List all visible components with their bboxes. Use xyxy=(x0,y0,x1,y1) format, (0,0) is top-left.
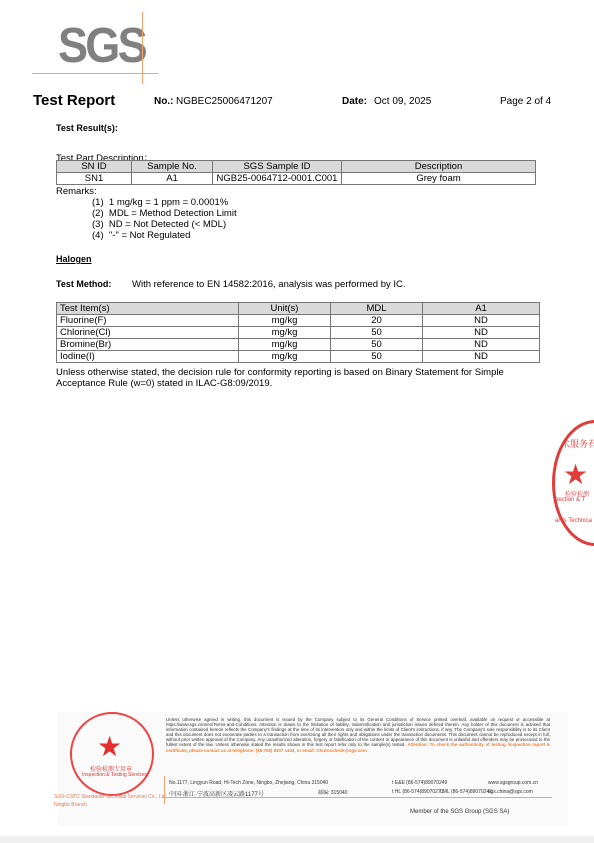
cell: Fluorine(F) xyxy=(57,315,239,327)
col-header: Sample No. xyxy=(132,161,213,173)
col-header: SGS Sample ID xyxy=(213,161,342,173)
remark-text: ND = Not Detected (< MDL) xyxy=(109,219,226,230)
phone-1: t E&E (86-574)89070249 xyxy=(392,780,447,786)
cell: 50 xyxy=(331,351,423,363)
cell: mg/kg xyxy=(239,339,331,351)
cell: Grey foam xyxy=(342,173,536,185)
table-header-row: SN ID Sample No. SGS Sample ID Descripti… xyxy=(57,161,536,173)
star-icon: ★ xyxy=(97,730,122,763)
cell: A1 xyxy=(132,173,213,185)
table-row: SN1 A1 NGB25-0064712-0001.C001 Grey foam xyxy=(57,173,536,185)
table-row: Chlorine(Cl) mg/kg 50 ND xyxy=(57,327,540,339)
sgs-logo: SGS xyxy=(44,12,154,74)
report-page: SGS Test Report No.: NGBEC25006471207 Da… xyxy=(0,0,594,836)
cell: NGB25-0064712-0001.C001 xyxy=(213,173,342,185)
logo-vertical-line xyxy=(142,12,143,84)
cell: 50 xyxy=(331,327,423,339)
company-seal-left: ★ 检验检测专用章 Inspection & Testing Services xyxy=(70,712,154,796)
phone-2: t HL (86-574)89070271 xyxy=(392,789,444,795)
part-description-table: SN ID Sample No. SGS Sample ID Descripti… xyxy=(56,160,536,185)
logo-text: SGS xyxy=(58,18,145,74)
cell: ND xyxy=(423,327,540,339)
remark-text: "-" = Not Regulated xyxy=(109,230,190,241)
report-no-value: NGBEC25006471207 xyxy=(176,96,273,107)
seal-text: pection & T xyxy=(555,497,585,503)
legal-disclaimer: Unless otherwise agreed in writing, this… xyxy=(166,717,550,753)
report-title: Test Report xyxy=(33,92,115,109)
page-number: Page 2 of 4 xyxy=(500,96,551,107)
footer-vertical-line xyxy=(164,776,165,804)
remark-item: (4) "-" = Not Regulated xyxy=(92,230,190,241)
cell: mg/kg xyxy=(239,315,331,327)
col-header: A1 xyxy=(423,303,540,315)
cell: mg/kg xyxy=(239,351,331,363)
footer-horizontal-line xyxy=(162,797,552,798)
address-en: No.1177, Lingyun Road, Hi-Tech Zone, Nin… xyxy=(169,780,328,786)
member-statement: Member of the SGS Group (SGS SA) xyxy=(410,809,509,815)
cell: 20 xyxy=(331,315,423,327)
test-results-heading: Test Result(s): xyxy=(56,123,118,133)
remark-text: 1 mg/kg = 1 ppm = 0.0001% xyxy=(109,197,228,208)
seal-text: 术服务有 xyxy=(561,437,594,450)
cell: ND xyxy=(423,351,540,363)
remark-num: (3) xyxy=(92,219,104,230)
date-value: Oct 09, 2025 xyxy=(374,96,431,107)
seal-text: Inspection & Testing Services xyxy=(82,772,147,778)
col-header: MDL xyxy=(331,303,423,315)
postcode-cn: 邮编: 315040 xyxy=(318,789,347,796)
cell: Bromine(Br) xyxy=(57,339,239,351)
remark-text: MDL = Method Detection Limit xyxy=(109,208,237,219)
star-icon: ★ xyxy=(563,458,588,491)
company-seal-right: 术服务有 ★ 检验检测 pection & T ards Technica xyxy=(552,420,594,546)
col-header: SN ID xyxy=(57,161,132,173)
cell: mg/kg xyxy=(239,327,331,339)
col-header: Description xyxy=(342,161,536,173)
cell: Iodine(I) xyxy=(57,351,239,363)
table-row: Bromine(Br) mg/kg 50 ND xyxy=(57,339,540,351)
remark-item: (2) MDL = Method Detection Limit xyxy=(92,208,237,219)
remark-num: (1) xyxy=(92,197,104,208)
phone-3: t ML (86-574)89070242 xyxy=(440,789,492,795)
remark-item: (1) 1 mg/kg = 1 ppm = 0.0001% xyxy=(92,197,228,208)
remark-num: (4) xyxy=(92,230,104,241)
cell: 50 xyxy=(331,339,423,351)
table-row: Iodine(I) mg/kg 50 ND xyxy=(57,351,540,363)
cell: Chlorine(Cl) xyxy=(57,327,239,339)
logo-horizontal-line xyxy=(32,73,158,74)
company-branch: Ningbo Branch xyxy=(54,802,87,808)
col-header: Test Item(s) xyxy=(57,303,239,315)
halogen-heading: Halogen xyxy=(56,254,92,264)
seal-text: ards Technica xyxy=(555,518,592,524)
email-link[interactable]: sgs.china@sgs.com xyxy=(488,789,533,795)
test-method-label: Test Method: xyxy=(56,279,111,289)
website-link[interactable]: www.sgsgroup.com.cn xyxy=(488,780,538,786)
table-row: Fluorine(F) mg/kg 20 ND xyxy=(57,315,540,327)
cell: ND xyxy=(423,339,540,351)
table-header-row: Test Item(s) Unit(s) MDL A1 xyxy=(57,303,540,315)
remarks-label: Remarks: xyxy=(56,186,97,197)
company-name-en: SGS-CSTC Standards Technical Services Co… xyxy=(54,794,167,800)
remark-item: (3) ND = Not Detected (< MDL) xyxy=(92,219,226,230)
report-no-label: No.: xyxy=(154,96,173,107)
date-label: Date: xyxy=(342,96,367,107)
test-method-value: With reference to EN 14582:2016, analysi… xyxy=(132,279,406,290)
halogen-results-table: Test Item(s) Unit(s) MDL A1 Fluorine(F) … xyxy=(56,302,540,363)
cell: SN1 xyxy=(57,173,132,185)
decision-rule-text: Unless otherwise stated, the decision ru… xyxy=(56,367,546,389)
cell: ND xyxy=(423,315,540,327)
remark-num: (2) xyxy=(92,208,104,219)
col-header: Unit(s) xyxy=(239,303,331,315)
